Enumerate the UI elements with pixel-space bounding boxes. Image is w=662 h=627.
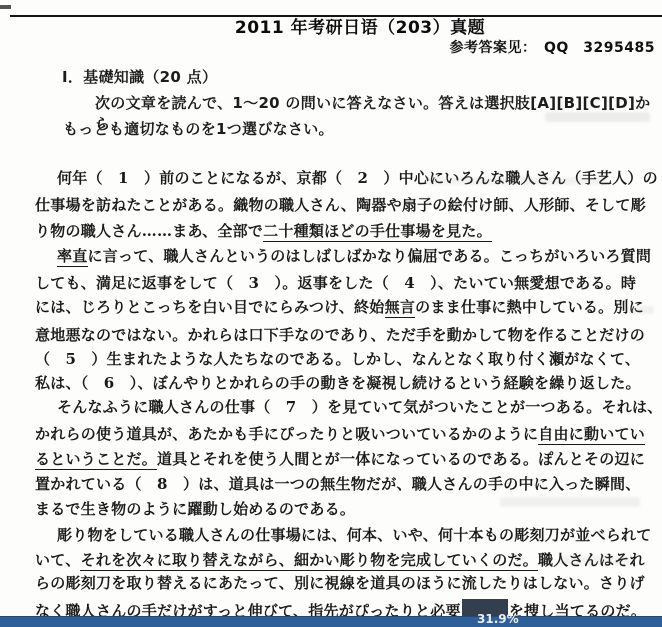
underlined-segment: 自由に動いてい bbox=[538, 425, 645, 445]
progress-percent-label: 31.9% bbox=[477, 612, 519, 626]
section-heading: Ⅰ．基礎知識（20 点） bbox=[62, 66, 217, 87]
text-segment: いて、 bbox=[35, 551, 80, 569]
underlined-segment: 率直 bbox=[57, 247, 88, 267]
scan-noise bbox=[545, 112, 650, 122]
underlined-segment: 無言 bbox=[385, 298, 416, 318]
text-segment: には、じろりとこっちを白い目でにらみつけ、終始 bbox=[35, 298, 385, 316]
passage-line: 置かれている（ 8 ）は、道具は一つの無生物だが、職人さんの手の中に入った瞬間、 bbox=[35, 476, 640, 493]
passage-line: 率直に言って、職人さんというのはしばしばかなり偏屈である。こっちがいろいろ質問 bbox=[57, 248, 651, 265]
text-segment: かれらの使う道具が、あたかも手にぴったりと吸いついているかのように bbox=[35, 425, 538, 443]
scan-noise bbox=[560, 556, 630, 565]
instruction-line-2: もっとも適切なものを1つ選びなさい。 bbox=[63, 118, 334, 139]
passage-line: り物の職人さん……まあ、全部で二十種類ほどの手仕事場を見た。 bbox=[35, 223, 492, 240]
passage-line: 意地悪なのではない。かれらは口下手なのであり、ただ手を動かして物を作ることだけの bbox=[35, 327, 645, 344]
passage-line: 彫り物をしている職人さんの仕事場には、何本、いや、何十本もの彫刻刀が並べられて bbox=[57, 527, 651, 544]
scan-noise bbox=[628, 306, 654, 314]
passage-line: しても、満足に返事をして（ 3 ）。返事をした（ 4 ）、たいてい無愛想である。… bbox=[35, 275, 636, 292]
text-segment: のまま仕事に熱中している。別に bbox=[415, 298, 644, 316]
text-segment: 仕事場を訪ねたことがある。織物の職人さん、陶器や扇子の絵付け師、人形師、そして彫 bbox=[35, 196, 646, 214]
passage-line: 仕事場を訪ねたことがある。織物の職人さん、陶器や扇子の絵付け師、人形師、そして彫 bbox=[35, 197, 646, 214]
page-title: 2011 年考研日语（203）真题 bbox=[58, 13, 662, 38]
text-segment: しても、満足に返事をして（ 3 ）。返事をした（ 4 ）、たいてい無愛想である。… bbox=[35, 274, 636, 292]
text-segment: らの彫刻刀を取り替えるにあたって、別に視線を道具のほうに流したりはしない。さりげ bbox=[35, 574, 645, 592]
text-segment: 置かれている（ 8 ）は、道具は一つの無生物だが、職人さんの手の中に入った瞬間、 bbox=[35, 475, 640, 493]
passage-line: 私は、（ 6 ）、ぼんやりとかれらの手の動きを凝視し続けるという経験を繰り返した… bbox=[35, 375, 641, 392]
text-segment: （ 5 ）生まれたような人たちなのである。しかし、なんとなく取り付く瀬がなくて、 bbox=[35, 350, 640, 368]
passage-line: には、じろりとこっちを白い目でにらみつけ、終始無言のまま仕事に熱中している。別に bbox=[35, 299, 644, 316]
answer-reference: 参考答案见： QQ 3295485 bbox=[450, 37, 656, 57]
passage-line: まるで生き物のように躍動し始めるのである。 bbox=[35, 501, 355, 518]
text-segment: 私は、（ 6 ）、ぼんやりとかれらの手の動きを凝視し続けるという経験を繰り返した… bbox=[35, 374, 641, 392]
text-segment: 意地悪なのではない。かれらは口下手なのであり、ただ手を動かして物を作ることだけの bbox=[35, 326, 645, 344]
scanned-exam-page: 2011 年考研日语（203）真题 参考答案见： QQ 3295485 Ⅰ．基礎… bbox=[0, 0, 662, 627]
scan-noise bbox=[425, 177, 605, 185]
scan-noise bbox=[500, 497, 640, 507]
text-segment: り物の職人さん……まあ、全部で bbox=[35, 222, 263, 240]
text-segment: に言って、職人さんというのはしばしばかなり偏屈である。こっちがいろいろ質問 bbox=[88, 247, 652, 265]
passage-line: いて、それを次々に取り替えながら、細かい彫り物を完成していくのだ。職人さんはそれ bbox=[35, 552, 645, 569]
passage-line: らの彫刻刀を取り替えるにあたって、別に視線を道具のほうに流したりはしない。さりげ bbox=[35, 575, 645, 592]
underlined-segment: 二十種類ほどの手仕事場を見た。 bbox=[263, 222, 492, 242]
scan-edge-artifact bbox=[0, 5, 11, 9]
text-segment: 道具とそれを使う人間とが一体になっているのである。ぽんとその辺に bbox=[157, 450, 645, 468]
passage-line: るということだ。道具とそれを使う人間とが一体になっているのである。ぽんとその辺に bbox=[35, 451, 645, 468]
progress-bar[interactable] bbox=[0, 616, 662, 627]
text-segment: まるで生き物のように躍動し始めるのである。 bbox=[35, 500, 355, 518]
text-segment: 彫り物をしている職人さんの仕事場には、何本、いや、何十本もの彫刻刀が並べられて bbox=[57, 526, 651, 544]
passage-line: かれらの使う道具が、あたかも手にぴったりと吸いついているかのように自由に動いてい bbox=[35, 426, 645, 443]
underlined-segment: るということだ。 bbox=[35, 450, 157, 470]
passage-line: （ 5 ）生まれたような人たちなのである。しかし、なんとなく取り付く瀬がなくて、 bbox=[35, 351, 640, 368]
text-segment: そんなふうに職人さんの仕事（ 7 ）を見ていて気がついたことが一つある。それは、 bbox=[57, 398, 662, 416]
passage-line: そんなふうに職人さんの仕事（ 7 ）を見ていて気がついたことが一つある。それは、 bbox=[57, 399, 662, 416]
underlined-segment: それを次々に取り替えながら、細かい彫り物を完成していくのだ。 bbox=[80, 551, 538, 571]
